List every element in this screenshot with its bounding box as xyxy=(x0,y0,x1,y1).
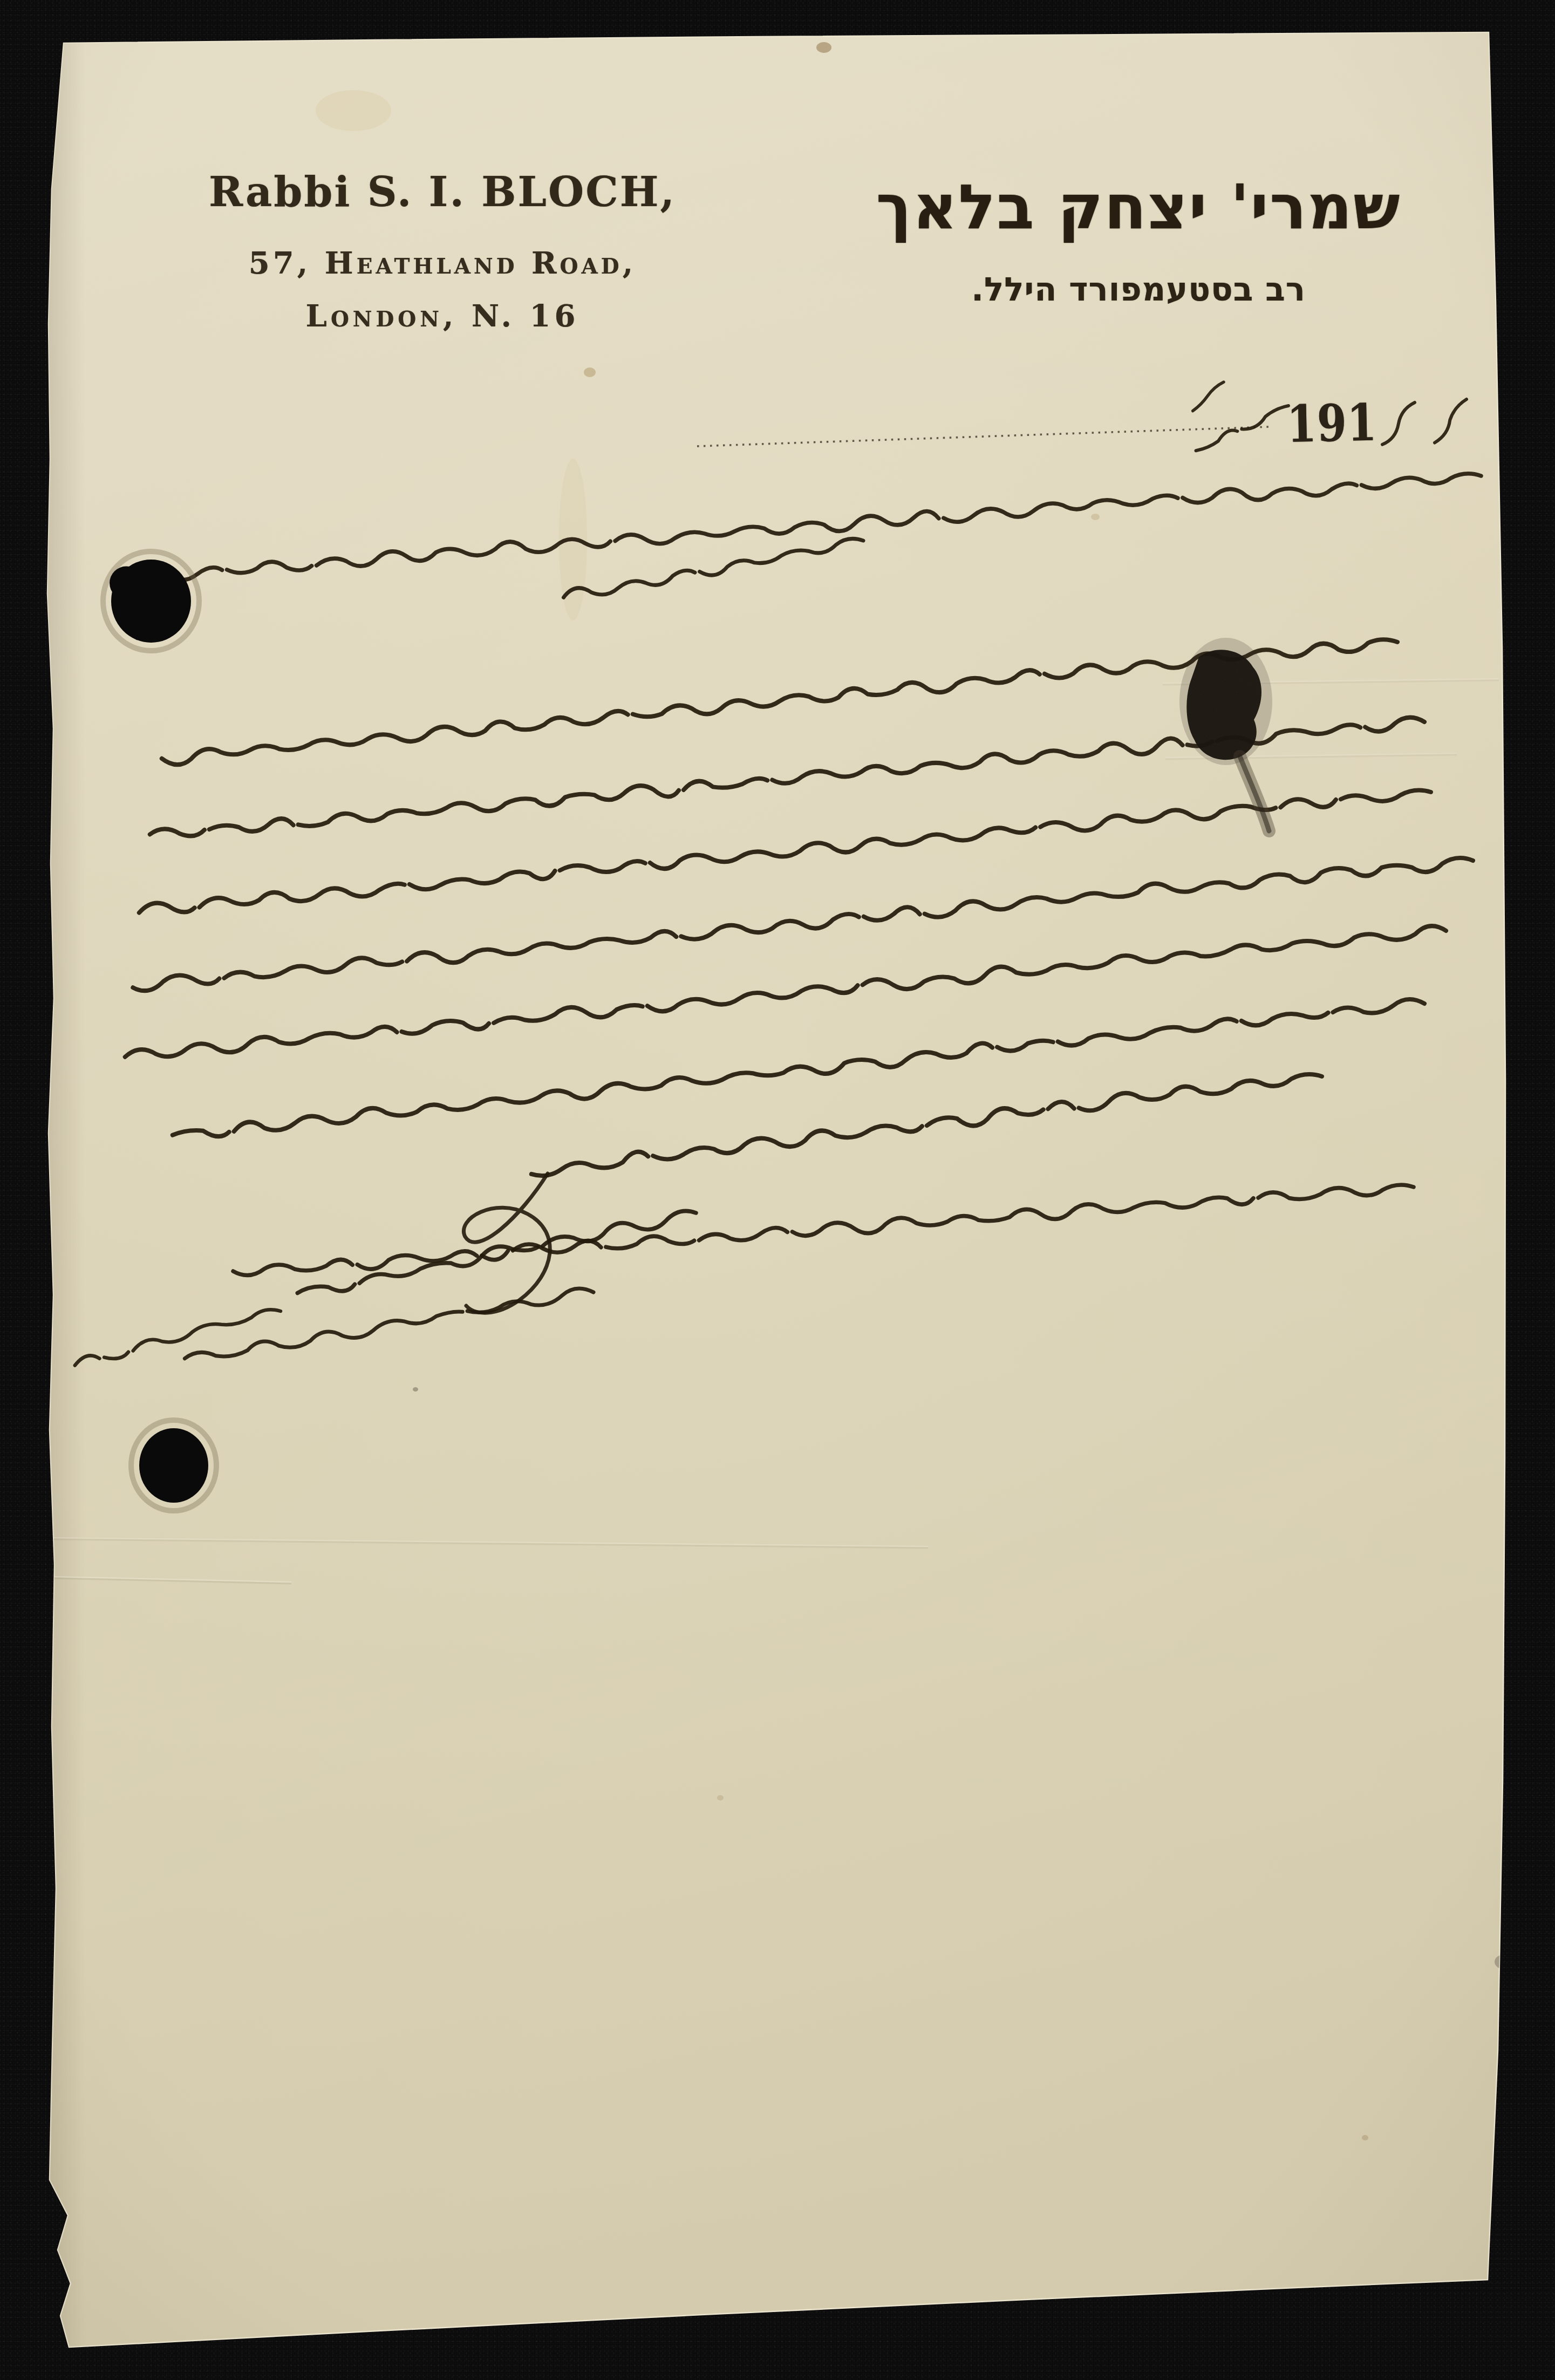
punch-hole xyxy=(139,1428,208,1503)
letterhead-hebrew-name: שמרי' יצחק בלאך xyxy=(858,172,1419,242)
date-year-printed: 191 xyxy=(1286,397,1377,449)
punch-hole-tear xyxy=(110,567,143,600)
scan-backdrop: Rabbi S. I. BLOCH, 57, Heathland Road, L… xyxy=(0,0,1555,2380)
scan-canvas xyxy=(0,0,1555,2380)
letterhead-english-address-line1: 57, Heathland Road, xyxy=(186,248,699,278)
letterhead-english: Rabbi S. I. BLOCH, 57, Heathland Road, L… xyxy=(186,172,699,331)
letterhead-hebrew: שמרי' יצחק בלאך רב בסטעמפורד הילל. xyxy=(858,172,1419,306)
letterhead-english-name: Rabbi S. I. BLOCH, xyxy=(186,172,699,213)
paper-vignette xyxy=(43,27,1511,2352)
letterhead-hebrew-title: רב בסטעמפורד הילל. xyxy=(858,274,1419,306)
letterhead-english-address-line2: London, N. 16 xyxy=(186,301,699,331)
